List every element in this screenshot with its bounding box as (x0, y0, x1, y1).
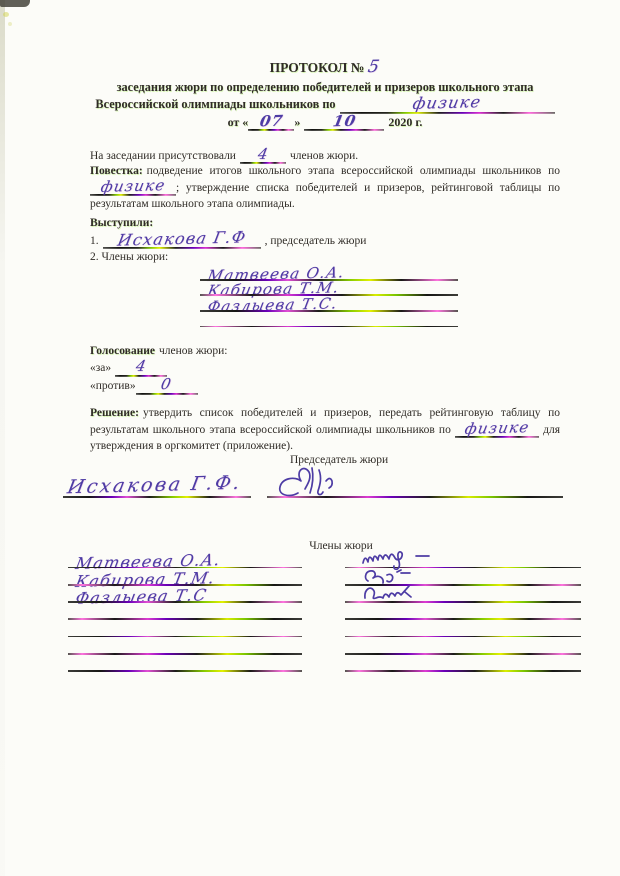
voting-section: Голосованиечленов жюри: «за»4 «против»0 (90, 343, 560, 395)
attendance-line: На заседании присутствовали4членов жюри. (90, 147, 560, 164)
attendance-before: На заседании присутствовали (90, 150, 236, 162)
chair-signature-row: Исхакова Г.Ф. (60, 468, 565, 498)
subject-blank-agenda: физике (90, 179, 176, 196)
attendance-count-handwritten: 4 (256, 147, 270, 162)
speakers-member-lines: Матвеева О.А. Кабирова Т.М. Фазлыева Т.С… (200, 265, 458, 327)
header-subtitle-1: заседания жюри по определению победителе… (90, 79, 560, 95)
scan-speck (8, 22, 12, 26)
subject-blank-decision: физике (455, 421, 539, 438)
subject-handwritten-agenda: физике (99, 178, 166, 195)
date-day-blank: 07 (248, 114, 294, 131)
agenda-label: Повестка: (90, 165, 143, 177)
vote-against-line: «против»0 (90, 377, 560, 395)
chair-name-handwritten: Исхакова Г.Ф. (66, 474, 244, 498)
member-signature-row-empty (60, 637, 582, 654)
protocol-title-line: ПРОТОКОЛ №5 (90, 58, 560, 79)
decision-paragraph: Решение:утвердить список победителей и п… (90, 405, 560, 454)
scan-corner-smudge (0, 0, 30, 7)
member-signature-scribble (360, 583, 426, 605)
date-quote-close: » (294, 115, 300, 129)
vote-for-handwritten: 4 (134, 359, 148, 374)
scan-edge-artifact (0, 0, 5, 876)
member-signature-row: Фазлыева Т.С (60, 586, 582, 603)
speaker-1-name-handwritten: Исхакова Г.Ф (116, 229, 248, 248)
date-year-label: 2020 г. (388, 115, 422, 129)
vote-for-label: «за» (90, 362, 111, 374)
members-signature-section: Члены жюри Матвеева О.А. Кабирова Т.М. Ф… (60, 538, 582, 672)
member-name-row-empty (200, 312, 458, 328)
date-month-blank: 10 (304, 114, 384, 131)
chair-signature-section: Председатель жюри Исхакова Г.Ф. (60, 452, 565, 498)
header-subtitle-2: Всероссийской олимпиады школьников пофиз… (90, 95, 560, 114)
members-signature-rows: Матвеева О.А. Кабирова Т.М. Фазлыева Т.С (60, 551, 582, 672)
member-signature-row-empty (60, 655, 582, 672)
chair-signature-scribble (274, 465, 348, 501)
speaker-item-1: 1.Исхакова Г.Ф, председатель жюри (90, 231, 560, 249)
vote-for-line: «за»4 (90, 359, 560, 377)
member-signature-row-empty (60, 620, 582, 637)
attendance-count-blank: 4 (240, 147, 286, 164)
scan-speck (3, 12, 9, 17)
speaker-1-number: 1. (90, 235, 99, 247)
speaker-item-2: 2. Члены жюри: (90, 249, 560, 265)
voting-label-rest: членов жюри: (159, 345, 227, 357)
date-month-handwritten: 10 (331, 114, 357, 130)
speaker-1-name-blank: Исхакова Г.Ф (103, 231, 261, 249)
speaker-1-role: , председатель жюри (265, 235, 367, 247)
agenda-text-before: подведение итогов школьного этапа всерос… (147, 165, 560, 177)
header-subtitle-2-text: Всероссийской олимпиады школьников по (95, 97, 335, 111)
member-signature-row-empty (60, 603, 582, 620)
voting-label: Голосование (90, 345, 155, 357)
date-day-handwritten: 07 (258, 114, 284, 130)
member-name-row: Фазлыева Т.С. (200, 296, 458, 312)
attendance-after: членов жюри. (290, 150, 358, 162)
date-line: от «07»102020 г. (90, 114, 560, 131)
protocol-number-handwritten: 5 (367, 59, 382, 76)
member-name-line (68, 670, 302, 672)
member-sign-line (345, 670, 581, 672)
protocol-title: ПРОТОКОЛ № (270, 60, 365, 75)
vote-for-blank: 4 (115, 359, 167, 377)
speakers-section: Выступили: 1.Исхакова Г.Ф, председатель … (90, 215, 560, 327)
subject-blank-header: физике (340, 95, 555, 114)
subject-handwritten-decision: физике (463, 420, 530, 437)
vote-against-blank: 0 (136, 377, 198, 395)
member-signature-row: Матвеева О.А. (60, 551, 582, 568)
decision-label: Решение: (90, 407, 139, 419)
scanned-protocol-page: ПРОТОКОЛ №5 заседания жюри по определени… (0, 0, 620, 876)
protocol-header: ПРОТОКОЛ №5 заседания жюри по определени… (90, 58, 560, 131)
member-signature-row: Кабирова Т.М. (60, 568, 582, 585)
vote-against-label: «против» (90, 380, 136, 392)
date-from-label: от « (228, 115, 249, 129)
agenda-paragraph: Повестка:подведение итогов школьного эта… (90, 163, 560, 212)
subject-handwritten-header: физике (411, 94, 482, 112)
signature-line (200, 326, 458, 328)
vote-against-handwritten: 0 (160, 377, 174, 392)
voting-heading: Голосованиечленов жюри: (90, 343, 560, 359)
